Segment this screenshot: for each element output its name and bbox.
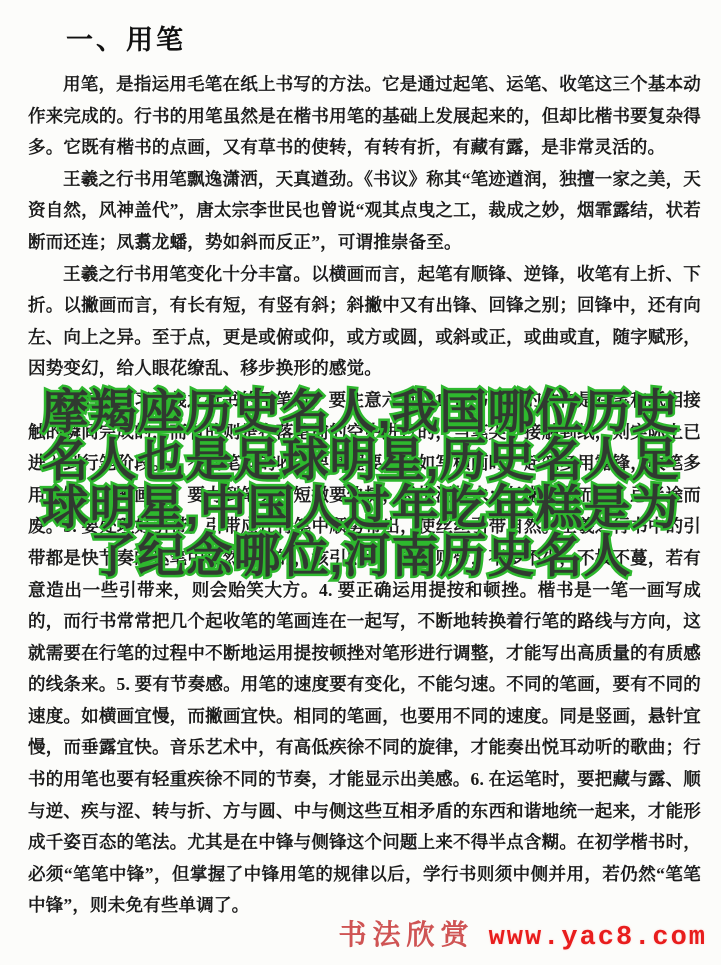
- site-watermark: 书法欣赏 www.yac8.com: [339, 913, 707, 953]
- paragraph-intro: 用笔，是指运用毛笔在纸上书写的方法。它是通过起笔、运笔、收笔这三个基本动作来完成…: [28, 69, 701, 164]
- paragraph-brush-variety: 王羲之行书用笔变化十分丰富。以横画而言，起笔有顺锋、逆锋，收笔有上折、下折。以撇…: [28, 259, 701, 385]
- watermark-url: www.yac8.com: [489, 923, 707, 953]
- scanned-document-page: 一、用笔 用笔，是指运用毛笔在纸上书写的方法。它是通过起笔、运笔、收笔这三个基本…: [0, 0, 721, 965]
- paragraph-six-points: 我们在学习王羲之行书的用笔时，要注意六点：1. 行书起笔的动作是在笔和纸相接触的…: [28, 385, 701, 922]
- section-title: 一、用笔: [66, 18, 701, 57]
- watermark-site-name: 书法欣赏: [339, 920, 475, 951]
- document-body: 一、用笔 用笔，是指运用毛笔在纸上书写的方法。它是通过起笔、运笔、收笔这三个基本…: [28, 14, 701, 922]
- paragraph-wang-xizhi-praise: 王羲之行书用笔飘逸潇洒，天真遒劲。《书议》称其“笔迹遒润，独擅一家之美，天资自然…: [28, 164, 701, 259]
